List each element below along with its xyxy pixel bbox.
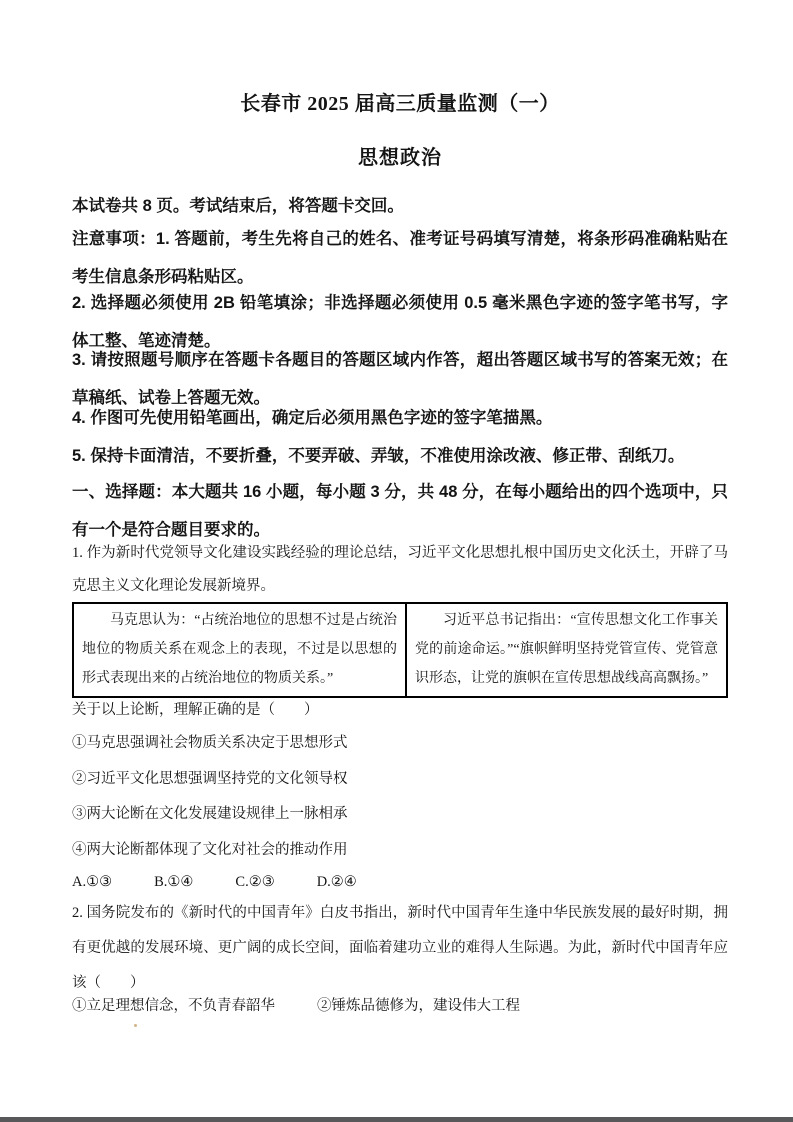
question-1-statement-4: ④两大论断都体现了文化对社会的推动作用	[72, 840, 728, 860]
question-1-stem: 1. 作为新时代党领导文化建设实践经验的理论总结，习近平文化思想扎根中国历史文化…	[72, 537, 728, 603]
page-subtitle: 思想政治	[72, 141, 728, 170]
question-1-statement-1: ①马克思强调社会物质关系决定于思想形式	[72, 733, 728, 753]
choice-a: A.①③	[72, 872, 112, 892]
question-2-stem: 2. 国务院发布的《新时代的中国青年》白皮书指出，新时代中国青年生逢中华民族发展…	[72, 896, 728, 1001]
choice-b: B.①④	[154, 872, 193, 892]
question-1-statement-3: ③两大论断在文化发展建设规律上一脉相承	[72, 804, 728, 824]
notice-item-4: 4. 作图可先使用铅笔画出，确定后必须用黑色字迹的签字笔描黑。	[72, 399, 728, 437]
choice-d: D.②④	[317, 872, 357, 892]
quote-cell-xi: 习近平总书记指出：“宣传思想文化工作事关党的前途命运。”“旗帜鲜明坚持党管宣传、…	[407, 604, 726, 696]
question-1-statement-2: ②习近平文化思想强调坚持党的文化领导权	[72, 769, 728, 789]
notice-item-5: 5. 保持卡面清洁，不要折叠，不要弄破、弄皱，不准使用涂改液、修正带、刮纸刀。	[72, 437, 728, 475]
scan-artifact-dot	[134, 1024, 137, 1027]
question-2-options-row: ①立足理想信念，不负青春韶华 ②锤炼品德修为，建设伟大工程	[72, 996, 728, 1016]
page-bottom-edge	[0, 1117, 793, 1122]
page-title: 长春市 2025 届高三质量监测（一）	[72, 87, 728, 116]
question-1-quote-table: 马克思认为：“占统治地位的思想不过是占统治地位的物质关系在观念上的表现，不过是以…	[72, 602, 728, 698]
question-1-choices-row: A.①③ B.①④ C.②③ D.②④	[72, 872, 728, 892]
choice-c: C.②③	[235, 872, 274, 892]
quote-cell-marx: 马克思认为：“占统治地位的思想不过是占统治地位的物质关系在观念上的表现，不过是以…	[74, 604, 407, 696]
question-1-prompt: 关于以上论断，理解正确的是（ ）	[72, 700, 728, 720]
question-2-option-2: ②锤炼品德修为，建设伟大工程	[317, 996, 520, 1016]
exam-paper-page: 长春市 2025 届高三质量监测（一） 思想政治 本试卷共 8 页。考试结束后，…	[0, 0, 793, 1122]
question-2-option-1: ①立足理想信念，不负青春韶华	[72, 996, 275, 1016]
